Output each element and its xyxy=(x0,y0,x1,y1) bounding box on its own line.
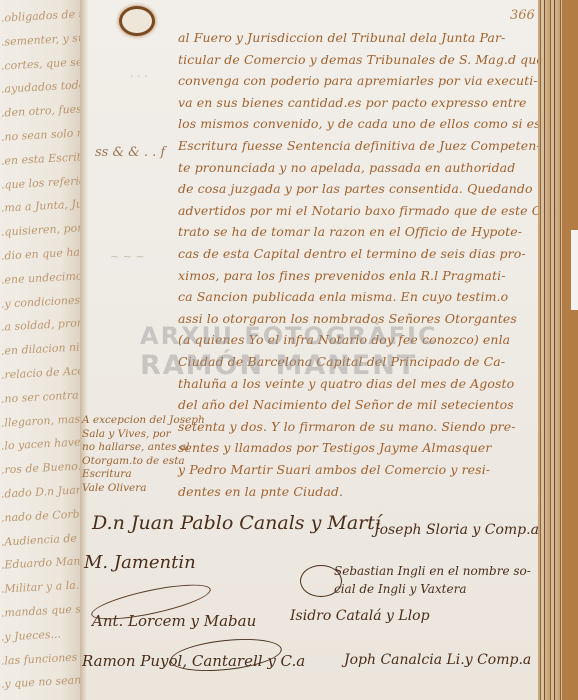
burn-hole xyxy=(119,6,155,36)
manuscript-line: va en sus bienes cantidad.es por pacto e… xyxy=(178,95,526,110)
paper-slip xyxy=(571,230,578,310)
margin-note-line: Vale Olivera xyxy=(82,482,147,494)
left-page-line: ...lo yacen haver y... xyxy=(0,435,86,454)
signature-catala: Isidro Catalá y Llop xyxy=(290,608,430,624)
left-page-line: ...que los referidos en... xyxy=(0,172,86,192)
left-page-line: ...ene undecimo del Rey Juan... xyxy=(0,265,86,287)
left-page-line: ...mandas que si... xyxy=(0,602,86,620)
manuscript-line: advertidos por mi el Notario baxo firmad… xyxy=(178,203,561,218)
page-edges xyxy=(538,0,564,700)
left-facing-page: ...obligados de todos los......sementer,… xyxy=(0,0,86,700)
left-page-line: ...dado D.n Juan Lar... xyxy=(0,482,86,501)
bleed-through-mark: ~ ~ ~ xyxy=(110,250,145,263)
signature-jamentin: M. Jamentin xyxy=(84,552,196,573)
margin-note-line: no hallarse, antes al xyxy=(82,441,190,453)
signature-canals: D.n Juan Pablo Canals y Martí xyxy=(92,512,381,534)
left-page-line: ...ma a Junta, Juez y... xyxy=(0,196,86,215)
signature-sloria: Joseph Sloria y Comp.a xyxy=(374,522,539,538)
left-page-line: ...en dilacion ni en... xyxy=(0,339,86,358)
left-page-line: ...ros de Bueno... xyxy=(0,459,86,477)
left-page-line: ...y Jueces... xyxy=(0,627,61,643)
left-page-line: ...y que no sean... xyxy=(0,673,86,691)
left-page-line: ...quisieren, por co... xyxy=(0,220,86,239)
left-page-line: ...llegaron, mas... xyxy=(0,412,86,430)
bleed-through-mark: ss & & . . f xyxy=(95,145,165,160)
signature-flourish xyxy=(300,565,342,597)
manuscript-line: Escritura fuesse Sentencia definitiva de… xyxy=(178,138,541,153)
left-page-line: ...nado de Corbin Real... xyxy=(0,505,86,525)
manuscript-line: setenta y dos. Y lo firmaron de su mano.… xyxy=(178,419,516,434)
manuscript-line: te pronunciada y no apelada, passada en … xyxy=(178,160,515,175)
signature-ingli-2: cial de Ingli y Vaxtera xyxy=(334,582,467,596)
left-page-line: ...den otro, fuesen formadas... xyxy=(0,98,86,120)
manuscript-line: convenga con poderio para apremiarles po… xyxy=(178,73,538,88)
manuscript-line: y Pedro Martir Suari ambos del Comercio … xyxy=(178,462,490,477)
left-page-line: ...dio en que hacen... xyxy=(0,244,86,263)
manuscript-line: cas de esta Capital dentro el termino de… xyxy=(178,246,526,261)
manuscript-line: ximos, para los fines prevenidos enla R.… xyxy=(178,268,506,283)
margin-note-line: Otorgam.to de esta xyxy=(82,455,185,467)
manuscript-line: sentes y llamados por Testigos Jayme Alm… xyxy=(178,440,492,455)
manuscript-line: de cosa juzgada y por las partes consent… xyxy=(178,181,533,196)
manuscript-line: ca Sancion publicada enla misma. En cuyo… xyxy=(178,289,508,304)
left-page-line: ...a soldad, promesa... xyxy=(0,315,86,334)
manuscript-line: los mismos convenido, y de cada uno de e… xyxy=(178,116,553,131)
left-page-line: ...cortes, que sean a termino de... xyxy=(0,50,86,73)
left-page-line: ...Audiencia de Barcelona... xyxy=(0,528,86,549)
margin-note-line: Sala y Vives, por xyxy=(82,428,171,440)
left-page-line: ...y condiciones y no en... xyxy=(0,290,86,310)
bleed-through-mark: · · · xyxy=(130,70,147,83)
watermark-line-1: ARXIU FOTOGRÀFIC xyxy=(140,322,438,350)
margin-note-line: A excepcion del Joseph xyxy=(82,414,205,426)
left-page-line: ...sementer, y subtraccion de... xyxy=(0,27,86,49)
signature-ingli-1: Sebastian Ingli en el nombre so- xyxy=(334,564,531,578)
left-page-line: ...obligados de todos los... xyxy=(0,4,86,25)
left-page-line: ...Eduardo Manso... xyxy=(0,554,86,573)
manuscript-line: dentes en la pnte Ciudad. xyxy=(178,484,343,499)
left-page-line: ...relacio de Aceptacion... xyxy=(0,362,86,382)
folio-number: 366 xyxy=(510,8,535,23)
book-cover xyxy=(562,0,578,700)
manuscript-photograph: ...obligados de todos los......sementer,… xyxy=(0,0,578,700)
watermark-line-2: RAMÓN MANENT xyxy=(140,350,417,381)
left-page-line: ...no sean solo mas... xyxy=(0,125,86,144)
margin-note-line: Escritura xyxy=(82,468,132,480)
left-page-line: ...ayudados todos, aunque... xyxy=(0,75,86,96)
left-page-line: ...en esta Escritura. xyxy=(0,149,86,168)
left-page-line: ...las funciones de... xyxy=(0,649,86,668)
left-page-line: ...no ser contra el... xyxy=(0,387,86,406)
manuscript-line: trato se ha de tomar la razon en el Offi… xyxy=(178,224,522,239)
manuscript-line: ticular de Comercio y demas Tribunales d… xyxy=(178,52,544,67)
manuscript-line: al Fuero y Jurisdiccion del Tribunal del… xyxy=(178,30,505,45)
manuscript-line: del año del Nacimiento del Señor de mil … xyxy=(178,397,514,412)
left-page-line: ...Militar y a la... xyxy=(0,578,86,596)
signature-canalcia: Joph Canalcia Li.y Comp.a xyxy=(344,652,531,668)
